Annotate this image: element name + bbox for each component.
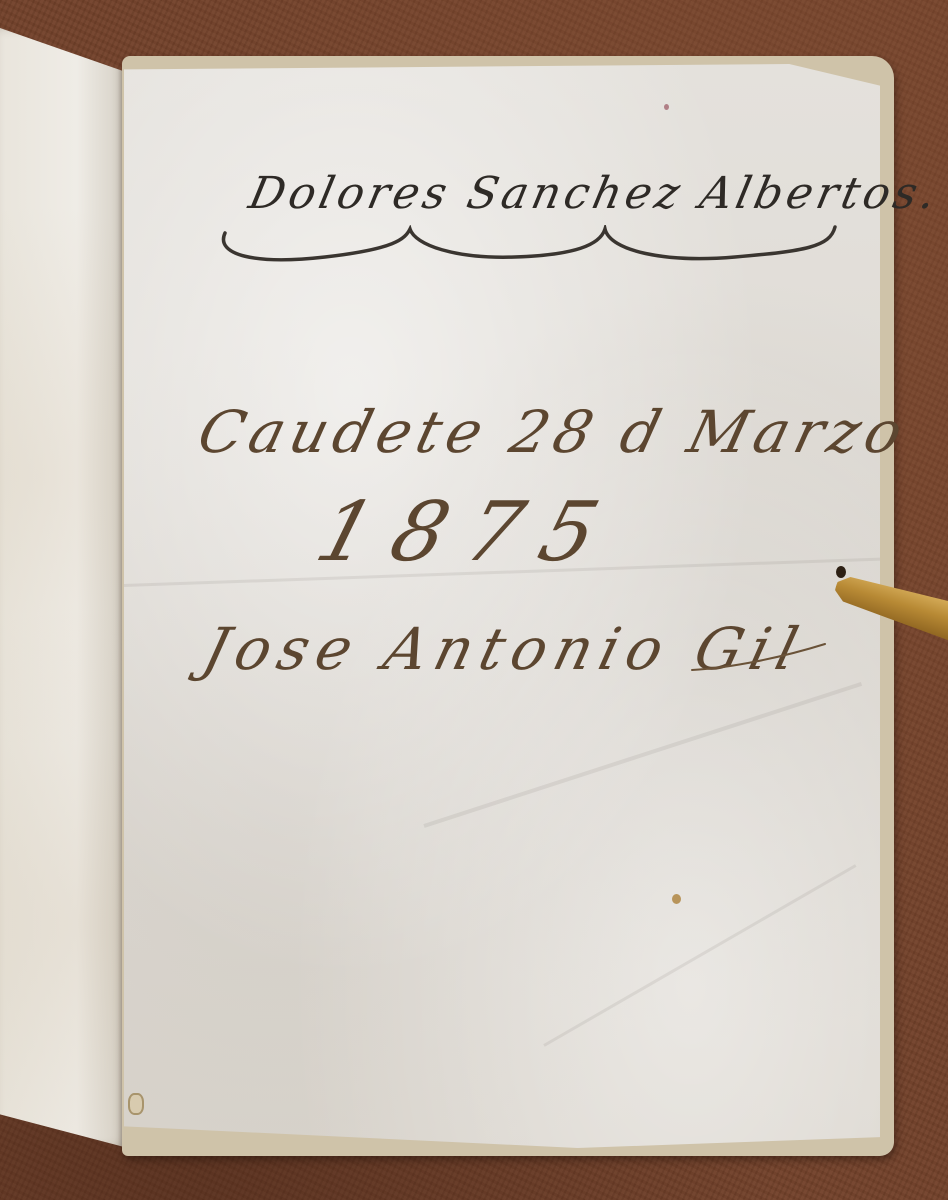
page-crease [543,864,856,1047]
owner-name-inscription: Dolores Sanchez Albertos. [245,168,945,219]
ink-spot [664,104,669,110]
ink-spot [672,894,681,904]
binding-stitch-hole [128,1093,144,1115]
underline-flourish [215,225,845,275]
page-crease [423,682,862,828]
signature-flourish [690,640,830,680]
left-page [0,28,128,1148]
stylus-tip [836,566,846,578]
place-date-inscription: Caudete 28 d Marzo [192,398,916,466]
year-inscription: 1875 [306,485,630,580]
